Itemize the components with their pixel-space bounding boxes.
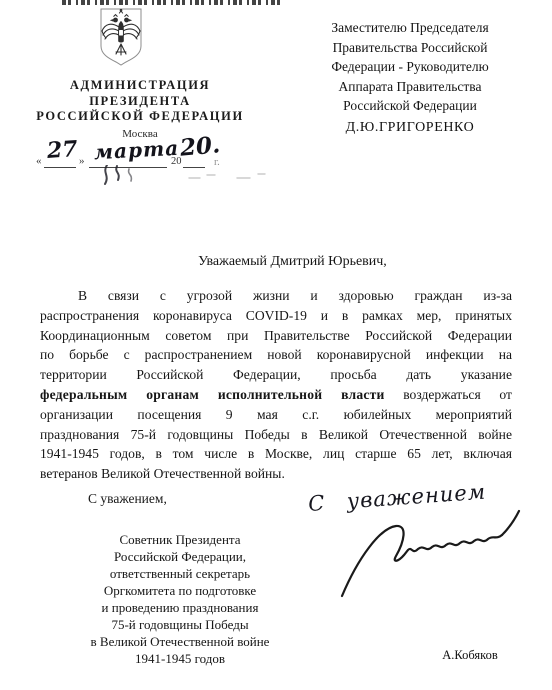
- signer-title-block: Советник Президента Российской Федерации…: [48, 531, 312, 667]
- printed-regards: С уважением,: [88, 491, 167, 507]
- signer-title-line: Советник Президента: [48, 531, 312, 548]
- letter-body: В связи с угрозой жизни и здоровью гражд…: [40, 286, 512, 484]
- body-line: ветеранов Великой Отечественной войны.: [40, 464, 512, 484]
- handwritten-day: 27: [46, 136, 78, 164]
- body-line-rest: воздержаться от: [403, 387, 512, 402]
- addressee-line: Заместителю Председателя: [303, 18, 517, 38]
- org-line: РОССИЙСКОЙ ФЕДЕРАЦИИ: [18, 109, 262, 125]
- signer-title-line: 1941-1945 годов: [48, 650, 312, 667]
- body-line-emphasis: федеральным органам исполнительной власт…: [40, 385, 512, 405]
- org-line: ПРЕЗИДЕНТА: [18, 94, 262, 110]
- bold-phrase: федеральным органам исполнительной власт…: [40, 387, 384, 402]
- handwriting-artifact: [85, 165, 280, 187]
- org-line: АДМИНИСТРАЦИЯ: [18, 78, 262, 94]
- body-line: празднования 75-й годовщины Победы в Вел…: [40, 425, 512, 445]
- addressee-block: Заместителю Председателя Правительства Р…: [303, 18, 517, 116]
- signer-title-line: и проведению празднования: [48, 599, 312, 616]
- body-line: территории Российской Федерации, просьба…: [40, 365, 512, 385]
- cropped-text-artifact: [62, 0, 280, 5]
- body-line: организации посещения 9 мая с.г. юбилейн…: [40, 405, 512, 425]
- scanned-letter-page: АДМИНИСТРАЦИЯ ПРЕЗИДЕНТА РОССИЙСКОЙ ФЕДЕ…: [0, 0, 552, 690]
- addressee-line: Правительства Российской: [303, 38, 517, 58]
- coat-of-arms-icon: [95, 8, 147, 66]
- addressee-line: Аппарата Правительства: [303, 77, 517, 97]
- signer-title-line: 75-й годовщины Победы: [48, 616, 312, 633]
- signer-title-line: Российской Федерации,: [48, 548, 312, 565]
- body-line: 1941-1945 годов, в том числе в Москве, л…: [40, 444, 512, 464]
- sender-org-block: АДМИНИСТРАЦИЯ ПРЕЗИДЕНТА РОССИЙСКОЙ ФЕДЕ…: [18, 78, 262, 125]
- signer-title-line: ответственный секретарь: [48, 565, 312, 582]
- handwritten-month: марта: [93, 136, 179, 164]
- addressee-name: Д.Ю.ГРИГОРЕНКО: [303, 120, 517, 136]
- salutation: Уважаемый Дмитрий Юрьевич,: [120, 254, 465, 270]
- body-line: распространения коронавируса COVID-19 и …: [40, 306, 512, 326]
- date-close-quote: »: [79, 155, 85, 167]
- signer-title-line: в Великой Отечественной войне: [48, 633, 312, 650]
- signer-title-line: Оргкомитета по подготовке: [48, 582, 312, 599]
- body-line: по борьбе с распространением новой корон…: [40, 345, 512, 365]
- addressee-line: Федерации - Руководителю: [303, 57, 517, 77]
- addressee-line: Российской Федерации: [303, 96, 517, 116]
- date-open-quote: «: [36, 155, 42, 167]
- body-line: В связи с угрозой жизни и здоровью гражд…: [40, 286, 512, 306]
- signer-name: А.Кобяков: [418, 648, 522, 663]
- body-line: Координационным советом при Правительств…: [40, 326, 512, 346]
- signature-autograph: [330, 508, 530, 608]
